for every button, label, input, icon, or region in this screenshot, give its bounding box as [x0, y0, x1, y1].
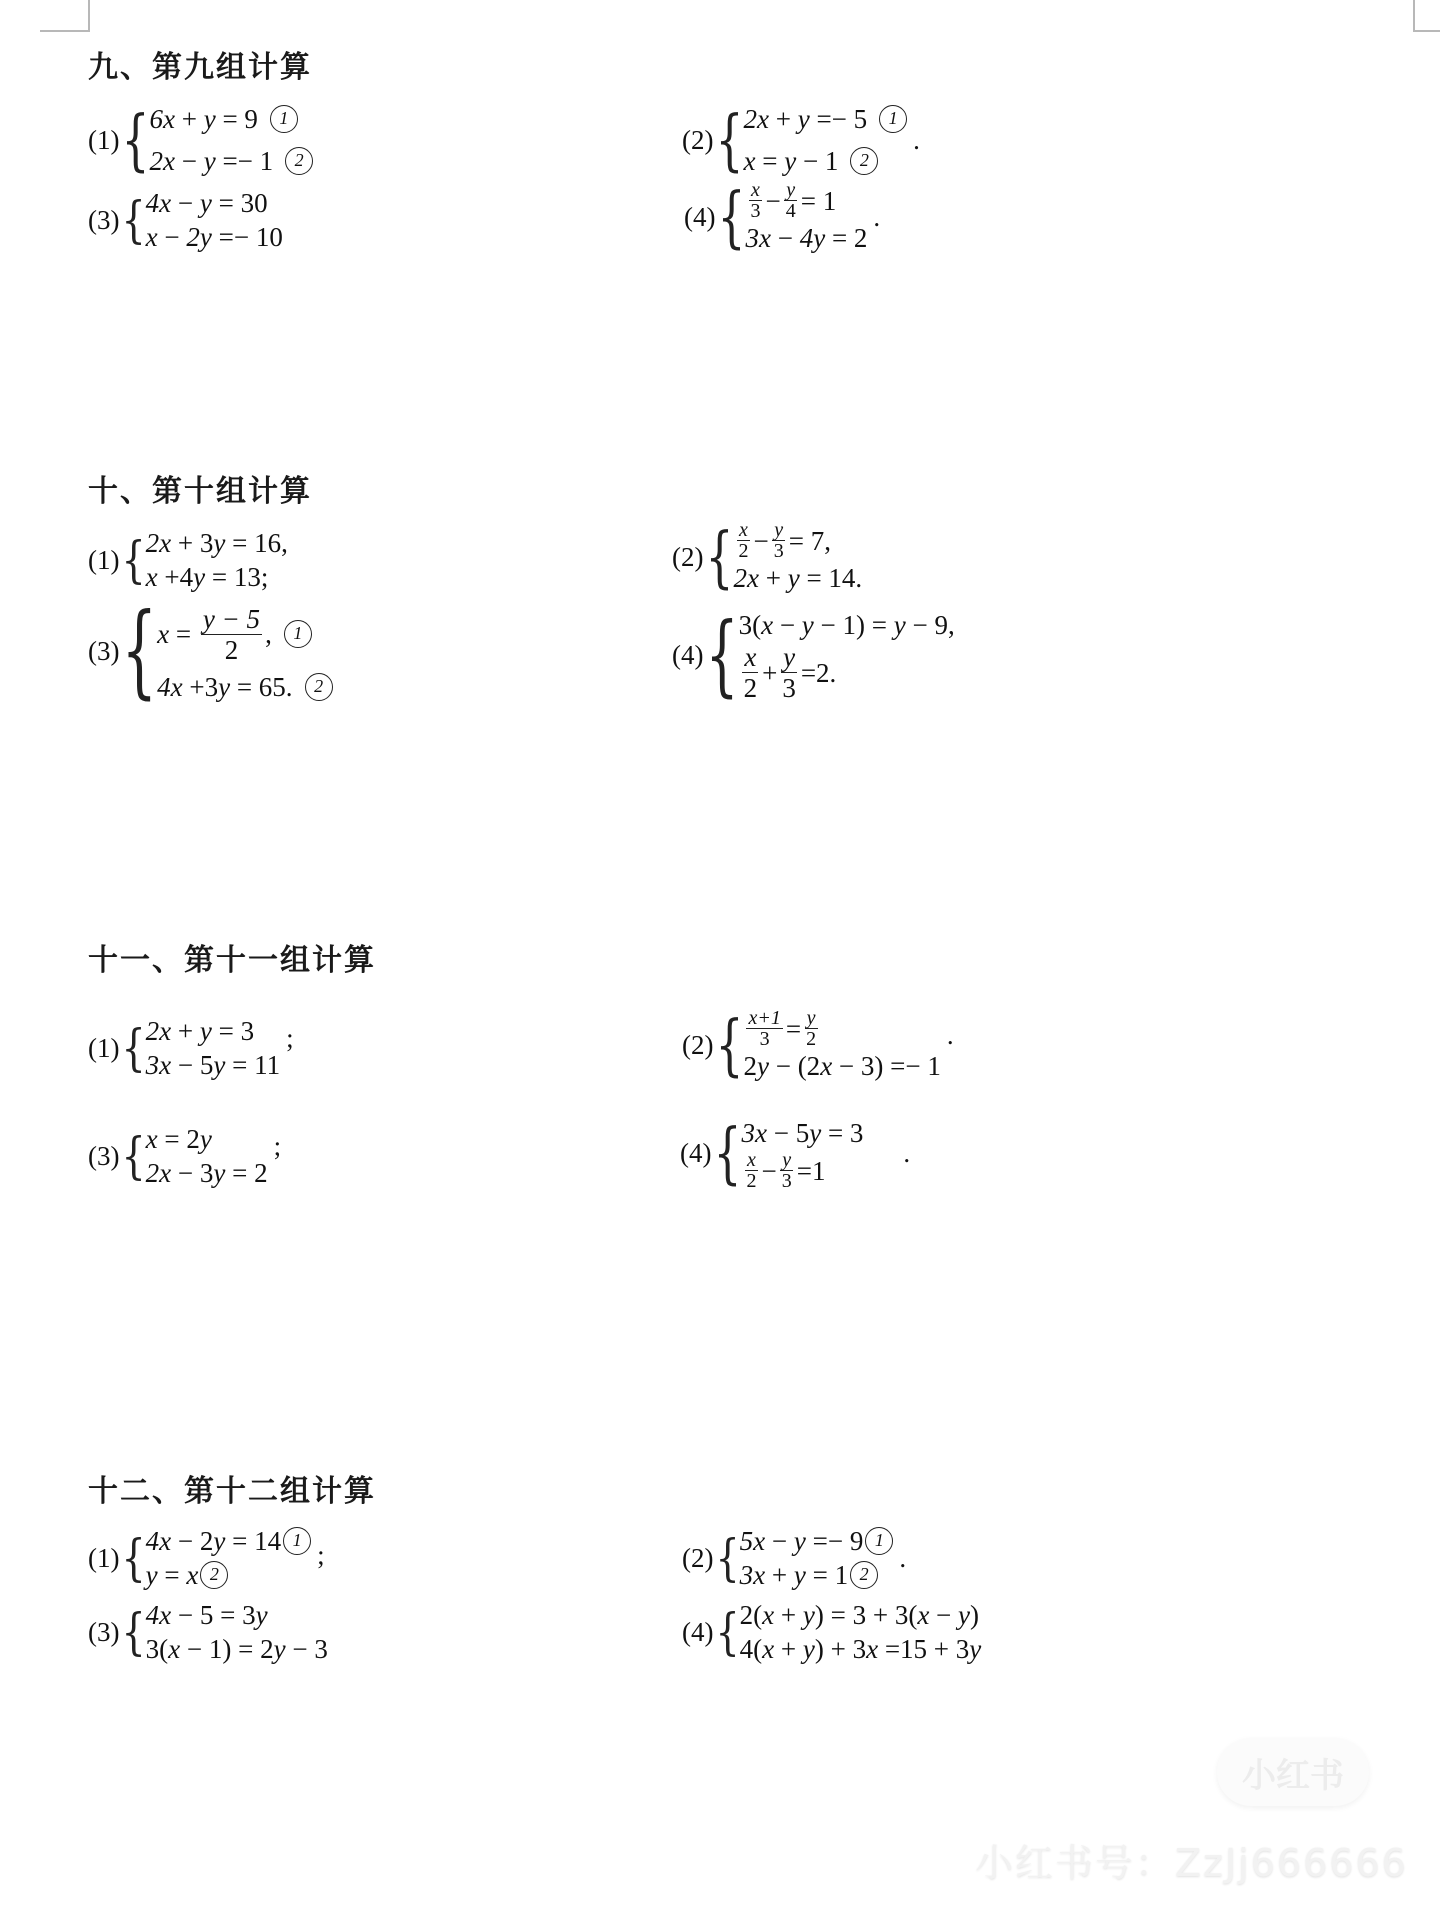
left-brace: {	[121, 593, 157, 710]
left-brace: {	[717, 179, 745, 256]
watermark-logo: 小红书	[1217, 1738, 1369, 1806]
left-brace: {	[715, 1603, 739, 1660]
left-brace: {	[121, 1529, 145, 1586]
left-brace: {	[715, 1529, 739, 1586]
circled-two-marker: 2	[850, 147, 878, 175]
problem-label: (1)	[88, 1543, 119, 1574]
problem-label: (3)	[88, 205, 119, 236]
left-brace: {	[715, 1007, 743, 1084]
problem-label: (3)	[88, 1141, 119, 1172]
problem-11-1: (1) { 2x + y = 3 3x − 5y = 11 ;	[88, 1014, 294, 1082]
problem-10-1: (1) { 2x + 3y = 16, x +4y = 13;	[88, 526, 288, 594]
problem-label: (3)	[88, 1617, 119, 1648]
trailing-period: .	[899, 1543, 906, 1574]
trailing-period: .	[947, 1020, 954, 1051]
trailing-period: .	[903, 1138, 910, 1169]
left-brace: {	[121, 1127, 145, 1184]
trailing-period: .	[913, 125, 920, 156]
problem-label: (1)	[88, 545, 119, 576]
problem-9-3: (3) { 4x − y = 30 x − 2y =− 10	[88, 186, 283, 254]
problem-label: (4)	[682, 1617, 713, 1648]
problem-10-3: (3) { x = y − 52,1 4x +3y = 65.2	[88, 598, 333, 704]
circled-two-marker: 2	[285, 147, 313, 175]
problem-9-2: (2) { 2x + y =− 51 x = y − 12 .	[682, 98, 920, 182]
problem-label: (3)	[88, 636, 119, 667]
problem-label: (1)	[88, 1033, 119, 1064]
problem-label: (1)	[88, 125, 119, 156]
circled-two-marker: 2	[200, 1561, 228, 1589]
left-brace: {	[715, 102, 743, 179]
left-brace: {	[121, 102, 149, 179]
problem-12-4: (4) { 2(x + y) = 3 + 3(x − y) 4(x + y) +…	[682, 1598, 981, 1666]
circled-one-marker: 1	[865, 1527, 893, 1555]
problem-label: (4)	[684, 202, 715, 233]
problem-label: (2)	[682, 125, 713, 156]
page-corner-mark-right	[1413, 0, 1440, 32]
circled-one-marker: 1	[283, 1527, 311, 1555]
problem-label: (4)	[680, 1138, 711, 1169]
left-brace: {	[713, 1115, 741, 1192]
circled-one-marker: 1	[879, 105, 907, 133]
section-heading-12: 十二、第十二组计算	[88, 1466, 376, 1510]
left-brace: {	[121, 191, 145, 248]
left-brace: {	[121, 1019, 145, 1076]
left-brace: {	[121, 1603, 145, 1660]
problem-10-4: (4) { 3(x − y − 1) = y − 9, x2+y3=2.	[672, 608, 955, 703]
problem-label: (2)	[682, 1543, 713, 1574]
section-heading-11: 十一、第十一组计算	[88, 935, 376, 979]
problem-9-1: (1) { 6x + y = 91 2x − y =− 12	[88, 98, 313, 182]
section-heading-10: 十、第十组计算	[88, 466, 312, 510]
trailing-semicolon: ;	[317, 1540, 325, 1571]
circled-one-marker: 1	[284, 620, 312, 648]
problem-11-4: (4) { 3x − 5y = 3 x2−y3=1 .	[680, 1116, 910, 1191]
problem-12-3: (3) { 4x − 5 = 3y 3(x − 1) = 2y − 3	[88, 1598, 328, 1666]
problem-label: (4)	[672, 640, 703, 671]
problem-12-2: (2) { 5x − y =− 91 3x + y = 12 .	[682, 1524, 906, 1592]
circled-two-marker: 2	[305, 673, 333, 701]
section-heading-9: 九、第九组计算	[88, 42, 312, 86]
circled-one-marker: 1	[270, 105, 298, 133]
problem-label: (2)	[682, 1030, 713, 1061]
circled-two-marker: 2	[850, 1561, 878, 1589]
problem-11-3: (3) { x = 2y 2x − 3y = 2 ;	[88, 1122, 281, 1190]
left-brace: {	[705, 519, 733, 596]
problem-11-2: (2) { x+13=y2 2y − (2x − 3) =− 1 .	[682, 1008, 954, 1083]
left-brace: {	[705, 605, 738, 707]
trailing-period: .	[873, 202, 880, 233]
problem-10-2: (2) { x2−y3= 7, 2x + y = 14.	[672, 520, 862, 595]
page-corner-mark-left	[40, 0, 90, 32]
problem-9-4: (4) { x3−y4= 1 3x − 4y = 2 .	[684, 180, 880, 255]
watermark-account-id: 小红书号：ZzJj666666	[975, 1832, 1408, 1887]
problem-12-1: (1) { 4x − 2y = 141 y = x2 ;	[88, 1524, 325, 1592]
left-brace: {	[121, 531, 145, 588]
trailing-semicolon: ;	[286, 1023, 294, 1054]
problem-label: (2)	[672, 542, 703, 573]
trailing-semicolon: ;	[274, 1131, 282, 1162]
